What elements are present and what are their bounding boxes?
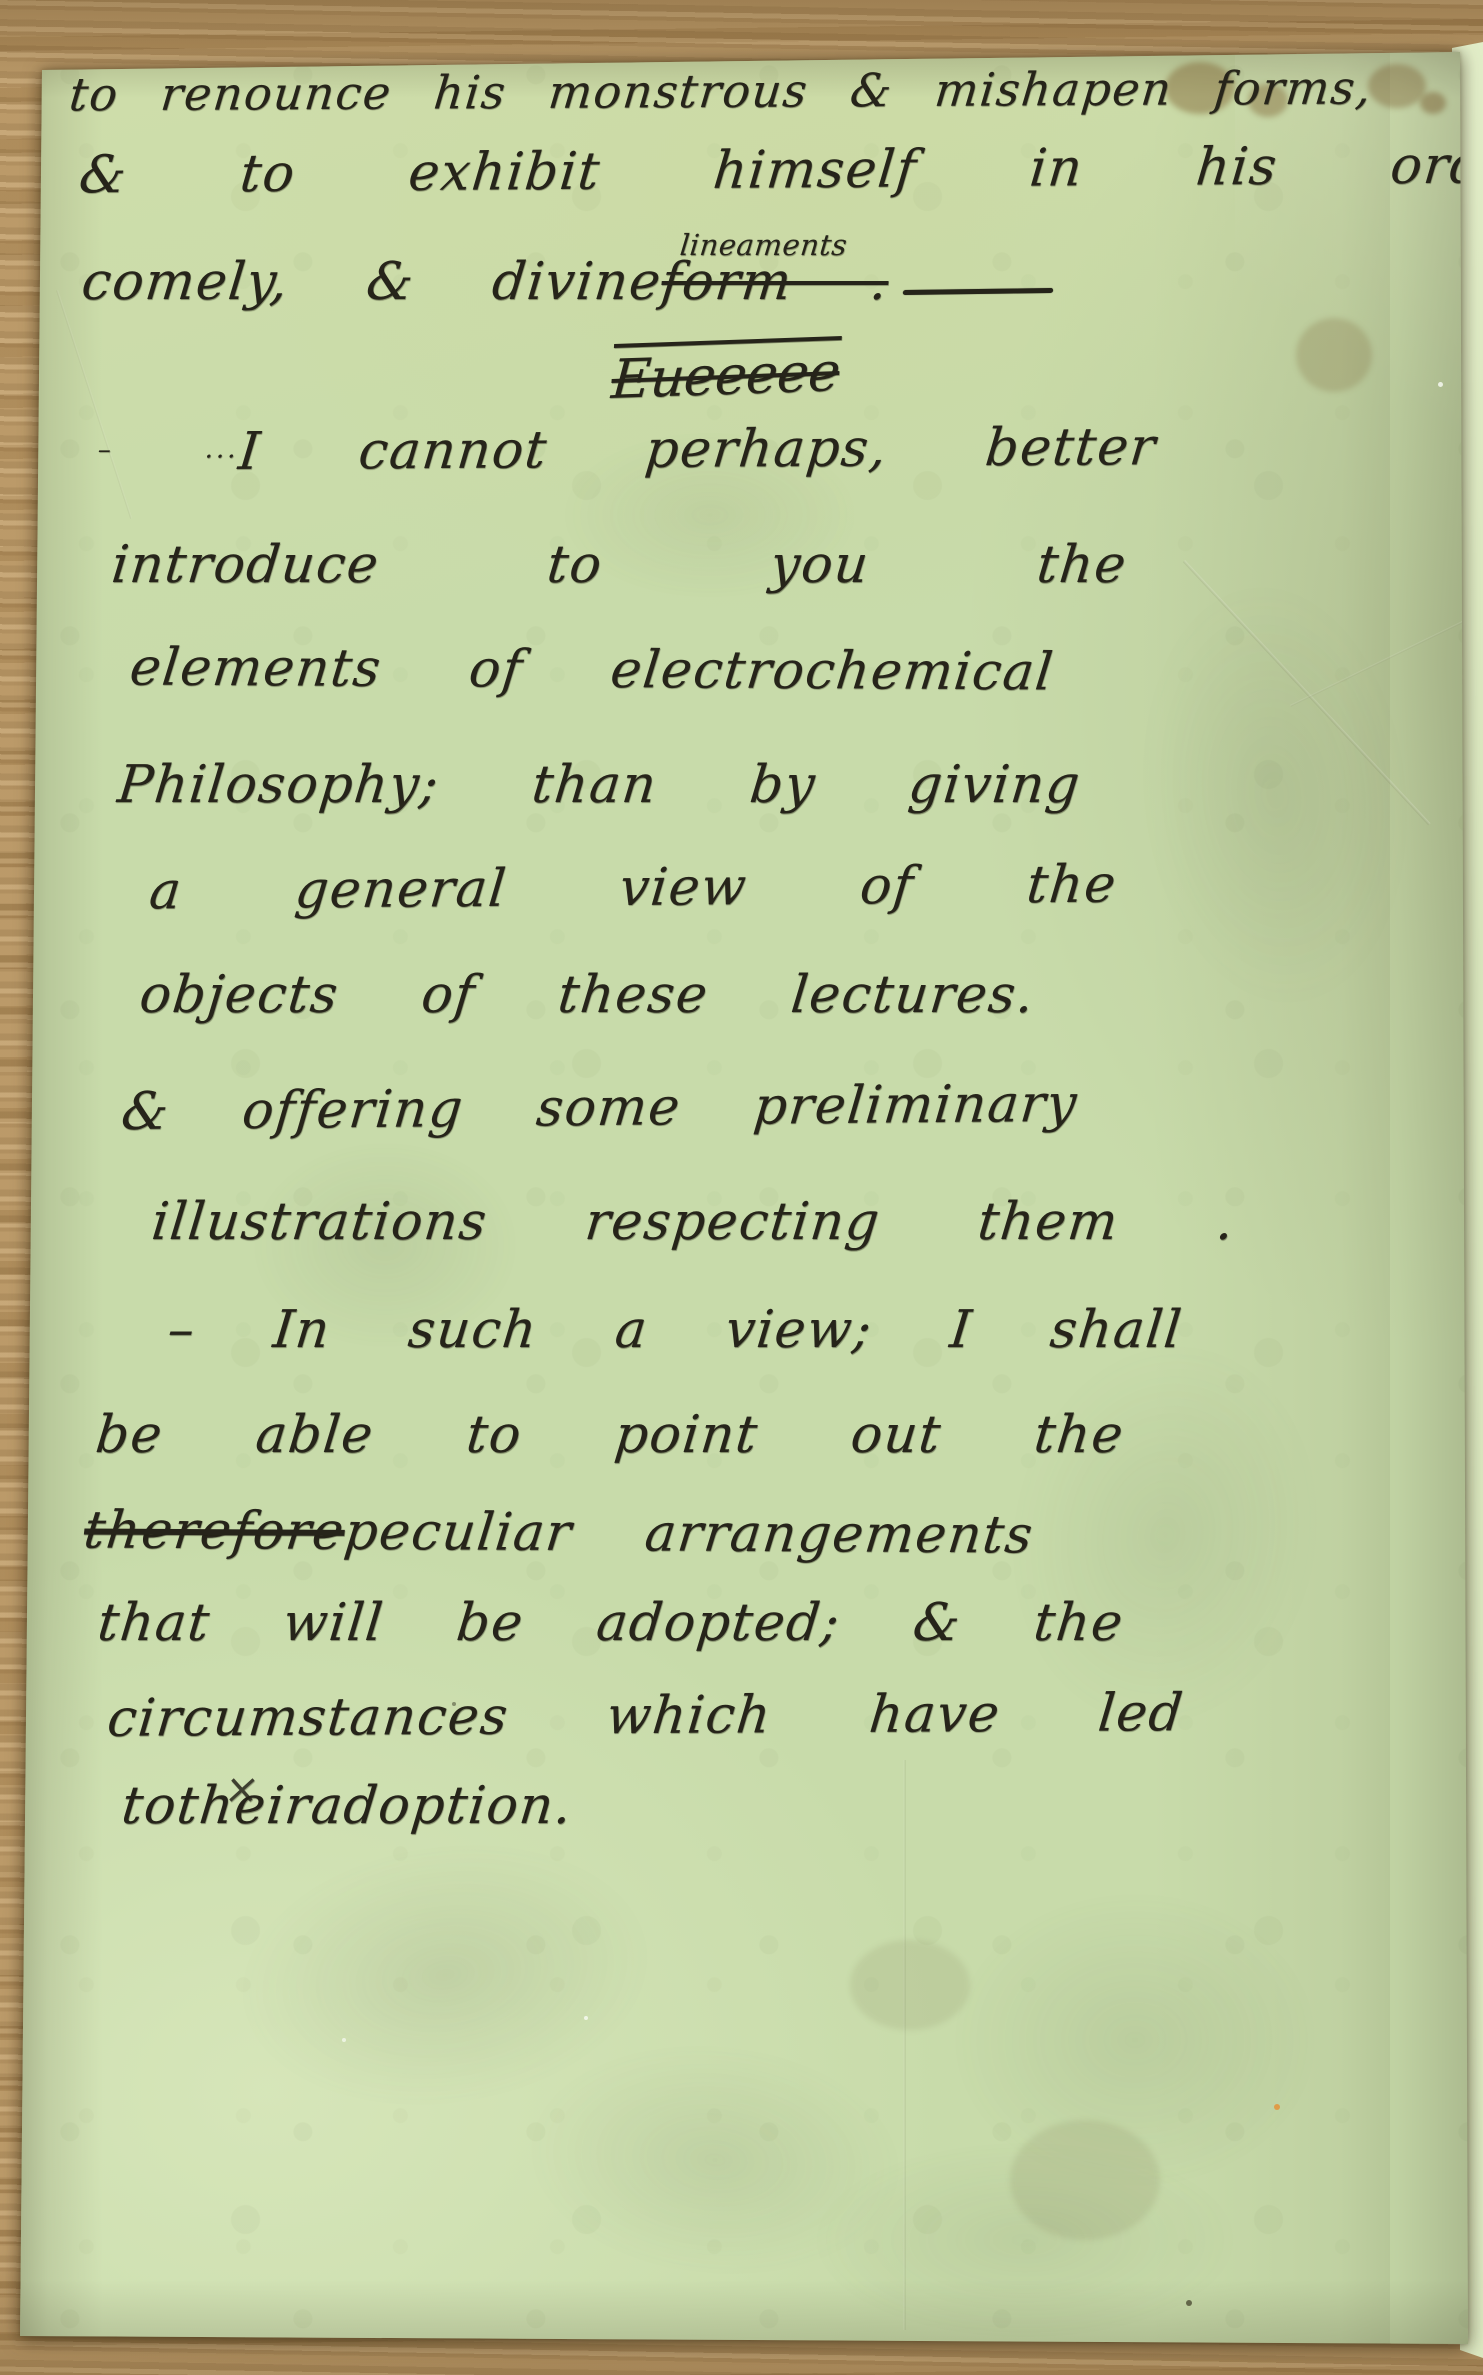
handwriting-segment: to <box>119 1776 181 1836</box>
manuscript-line-14: be able to point out the <box>93 1405 1127 1465</box>
photograph-of-manuscript: to renounce his monstrous & mishapen for… <box>0 0 1483 2375</box>
handwriting-segment: peculiar arrangements <box>341 1502 1036 1566</box>
handwriting-word-group: – In such a view; I shall <box>165 1300 1186 1360</box>
handwriting-word-group: to renounce his monstrous & mishapen for… <box>67 61 1375 122</box>
manuscript-line-12: illustrations respecting them . <box>149 1192 1238 1252</box>
manuscript-line-5: – ... I cannot perhaps, better <box>95 417 1159 483</box>
handwriting-segment: – In such a view; I shall <box>165 1300 1186 1360</box>
handwriting-segment: that will be adopted; & the <box>95 1593 1127 1653</box>
manuscript-line-6: introduce to you the <box>109 535 1130 595</box>
manuscript-line-10: objects of these lectures. <box>137 965 1038 1025</box>
handwriting-word-group: that will be adopted; & the <box>95 1593 1127 1653</box>
handwriting-segment: Philosophy; than by giving <box>115 755 1084 815</box>
handwriting-segment: objects of these lectures. <box>137 965 1038 1025</box>
handwriting-segment: – ... <box>96 434 240 465</box>
handwriting-word-group: I cannot perhaps, better <box>236 417 1159 482</box>
manuscript-line-13: – In such a view; I shall <box>165 1300 1186 1360</box>
paper-shadow-wrap: to renounce his monstrous & mishapen for… <box>0 0 1483 2375</box>
manuscript-line-3: comely, & divine form .lineaments <box>79 252 1058 312</box>
handwriting-word-group: comely, & divine <box>79 252 665 312</box>
handwriting-segment: therefore <box>81 1501 348 1562</box>
manuscript-line-17: circumstances which have led <box>105 1683 1187 1749</box>
handwriting-word-group: introduce to you the <box>109 535 1130 595</box>
handwriting-segment: comely, & divine <box>79 252 665 312</box>
handwriting-segment: to renounce his monstrous & mishapen for… <box>67 61 1375 122</box>
handwriting-word-group: circumstances which have led <box>105 1683 1187 1749</box>
manuscript-line-7: elements of electrochemical <box>127 638 1057 703</box>
handwriting-word-group: illustrations respecting them . <box>149 1192 1238 1252</box>
handwriting-segment: introduce to you the <box>109 535 1130 595</box>
handwriting-segment: & offering some preliminary <box>119 1074 1081 1142</box>
handwriting-word-group: therefore <box>81 1501 348 1562</box>
handwriting-segment: circumstances which have led <box>105 1683 1187 1749</box>
handwriting-segment: I cannot perhaps, better <box>236 417 1159 482</box>
manuscript-text-layer: to renounce his monstrous & mishapen for… <box>0 0 1483 2375</box>
handwriting-segment: elements of electrochemical <box>127 638 1057 703</box>
handwriting-segment: & to exhibit himself in his orderly, <box>77 135 1483 206</box>
handwriting-word-group: elements of electrochemical <box>127 638 1057 703</box>
ink-dash-rule <box>903 288 1054 295</box>
handwriting-segment: be able to point out the <box>93 1405 1127 1465</box>
handwriting-word-group: adoption. <box>308 1776 576 1836</box>
handwriting-word-group: – ... <box>95 422 242 483</box>
handwriting-word-group: form .lineaments <box>659 252 892 312</box>
handwriting-word-group: & to exhibit himself in his orderly, <box>77 135 1483 206</box>
manuscript-line-2: & to exhibit himself in his orderly, <box>77 135 1483 206</box>
manuscript-line-16: that will be adopted; & the <box>95 1593 1127 1653</box>
handwriting-word-group: their× <box>174 1776 314 1836</box>
manuscript-line-9: a general view of the <box>147 855 1120 922</box>
handwriting-word-group: a general view of the <box>147 855 1120 922</box>
interlinear-insertion: lineaments <box>678 228 849 262</box>
manuscript-line-11: & offering some preliminary <box>119 1074 1081 1142</box>
manuscript-line-8: Philosophy; than by giving <box>115 755 1084 815</box>
handwriting-segment: illustrations respecting them . <box>149 1192 1238 1252</box>
handwriting-word-group: & offering some preliminary <box>119 1074 1081 1142</box>
handwriting-word-group: be able to point out the <box>93 1405 1127 1465</box>
handwriting-word-group: Eueeeee <box>609 340 841 411</box>
manuscript-line-18: to their× adoption. <box>119 1776 576 1836</box>
handwriting-word-group: objects of these lectures. <box>137 965 1038 1025</box>
handwriting-segment: a general view of the <box>147 855 1120 922</box>
manuscript-line-4: Eueeeee <box>609 340 841 411</box>
correction-x-mark: × <box>222 1764 264 1813</box>
handwriting-word-group: peculiar arrangements <box>341 1502 1036 1566</box>
handwriting-segment: Eueeeee <box>609 340 841 411</box>
handwriting-word-group: Philosophy; than by giving <box>115 755 1084 815</box>
handwriting-word-group: to <box>119 1776 181 1836</box>
manuscript-line-1: to renounce his monstrous & mishapen for… <box>67 61 1375 122</box>
handwriting-segment: adoption. <box>308 1776 576 1836</box>
manuscript-paper: to renounce his monstrous & mishapen for… <box>0 0 1483 2375</box>
manuscript-line-15: therefore peculiar arrangements <box>81 1501 1037 1566</box>
